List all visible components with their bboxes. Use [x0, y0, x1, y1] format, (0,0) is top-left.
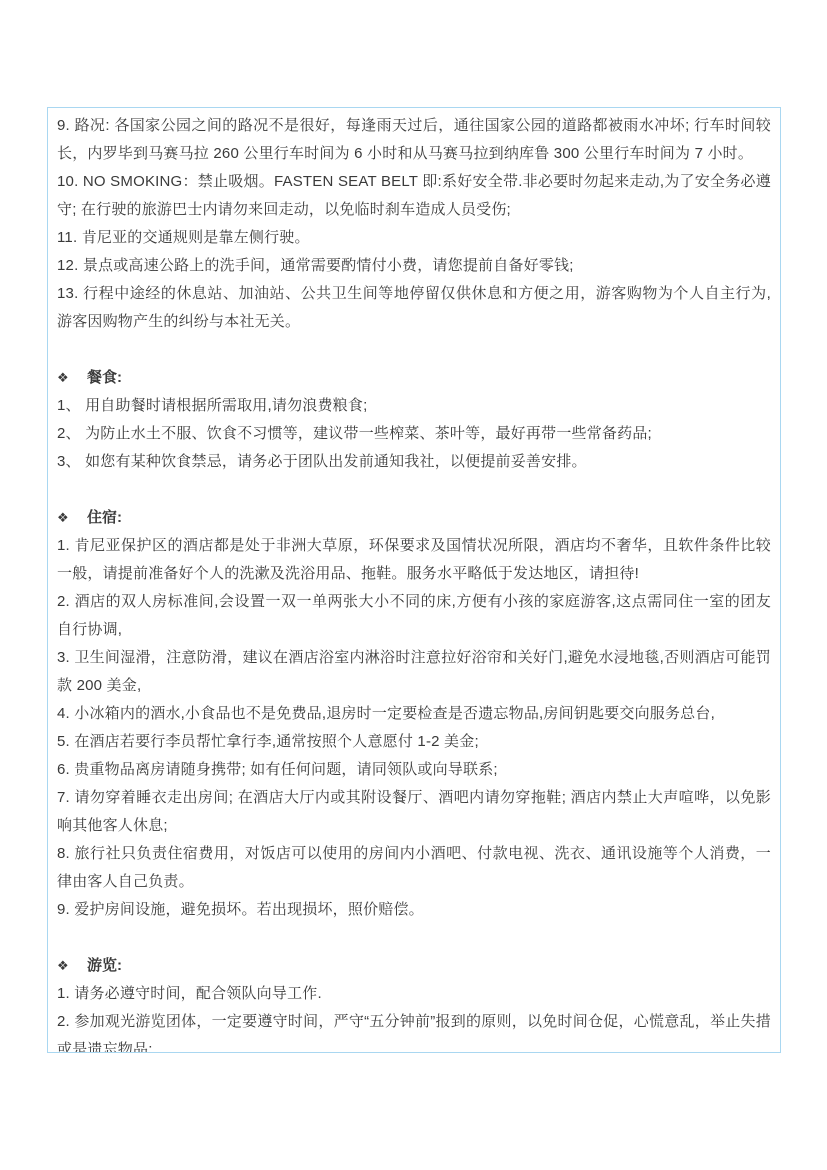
paragraph: 2. 酒店的双人房标准间,会设置一双一单两张大小不同的床,方便有小孩的家庭游客,…: [57, 588, 771, 644]
diamond-bullet-icon: ❖: [57, 504, 87, 532]
paragraph: 2. 参加观光游览团体，一定要遵守时间，严守“五分钟前”报到的原则，以免时间仓促…: [57, 1008, 771, 1053]
paragraph: 1. 请务必遵守时间，配合领队向导工作.: [57, 980, 771, 1008]
document-page: { "document": { "border_color": "#a9d7f1…: [0, 0, 827, 1170]
paragraph: 11. 肯尼亚的交通规则是靠左侧行驶。: [57, 224, 771, 252]
paragraph: 12. 景点或高速公路上的洗手间，通常需要酌情付小费，请您提前自备好零钱;: [57, 252, 771, 280]
paragraph: 4. 小冰箱内的酒水,小食品也不是免费品,退房时一定要检查是否遗忘物品,房间钥匙…: [57, 700, 771, 728]
section-title: 餐食:: [87, 364, 122, 392]
paragraph: 13. 行程中途经的休息站、加油站、公共卫生间等地停留仅供休息和方便之用，游客购…: [57, 280, 771, 336]
paragraph: 2、 为防止水土不服、饮食不习惯等，建议带一些榨菜、茶叶等，最好再带一些常备药品…: [57, 420, 771, 448]
paragraph: 5. 在酒店若要行李员帮忙拿行李,通常按照个人意愿付 1-2 美金;: [57, 728, 771, 756]
paragraph: 6. 贵重物品离房请随身携带; 如有任何问题，请同领队或向导联系;: [57, 756, 771, 784]
blank-line: [57, 924, 771, 952]
section-heading: ❖餐食:: [57, 364, 771, 392]
paragraph: 3、 如您有某种饮食禁忌，请务必于团队出发前通知我社，以便提前妥善安排。: [57, 448, 771, 476]
blank-line: [57, 476, 771, 504]
paragraph: 10. NO SMOKING：禁止吸烟。FASTEN SEAT BELT 即:系…: [57, 168, 771, 224]
blank-line: [57, 336, 771, 364]
paragraph: 9. 爱护房间设施，避免损坏。若出现损坏，照价赔偿。: [57, 896, 771, 924]
paragraph: 8. 旅行社只负责住宿费用，对饭店可以使用的房间内小酒吧、付款电视、洗衣、通讯设…: [57, 840, 771, 896]
diamond-bullet-icon: ❖: [57, 364, 87, 392]
paragraph: 9. 路况: 各国家公园之间的路况不是很好，每逢雨天过后，通往国家公园的道路都被…: [57, 112, 771, 168]
paragraph: 3. 卫生间湿滑，注意防滑，建议在酒店浴室内淋浴时注意拉好浴帘和关好门,避免水浸…: [57, 644, 771, 700]
section-title: 游览:: [87, 952, 122, 980]
paragraph: 1、 用自助餐时请根据所需取用,请勿浪费粮食;: [57, 392, 771, 420]
paragraph: 1. 肯尼亚保护区的酒店都是处于非洲大草原，环保要求及国情状况所限，酒店均不奢华…: [57, 532, 771, 588]
section-title: 住宿:: [87, 504, 122, 532]
diamond-bullet-icon: ❖: [57, 952, 87, 980]
section-heading: ❖住宿:: [57, 504, 771, 532]
section-heading: ❖游览:: [57, 952, 771, 980]
paragraph: 7. 请勿穿着睡衣走出房间; 在酒店大厅内或其附设餐厅、酒吧内请勿穿拖鞋; 酒店…: [57, 784, 771, 840]
notice-box: 9. 路况: 各国家公园之间的路况不是很好，每逢雨天过后，通往国家公园的道路都被…: [47, 107, 781, 1053]
